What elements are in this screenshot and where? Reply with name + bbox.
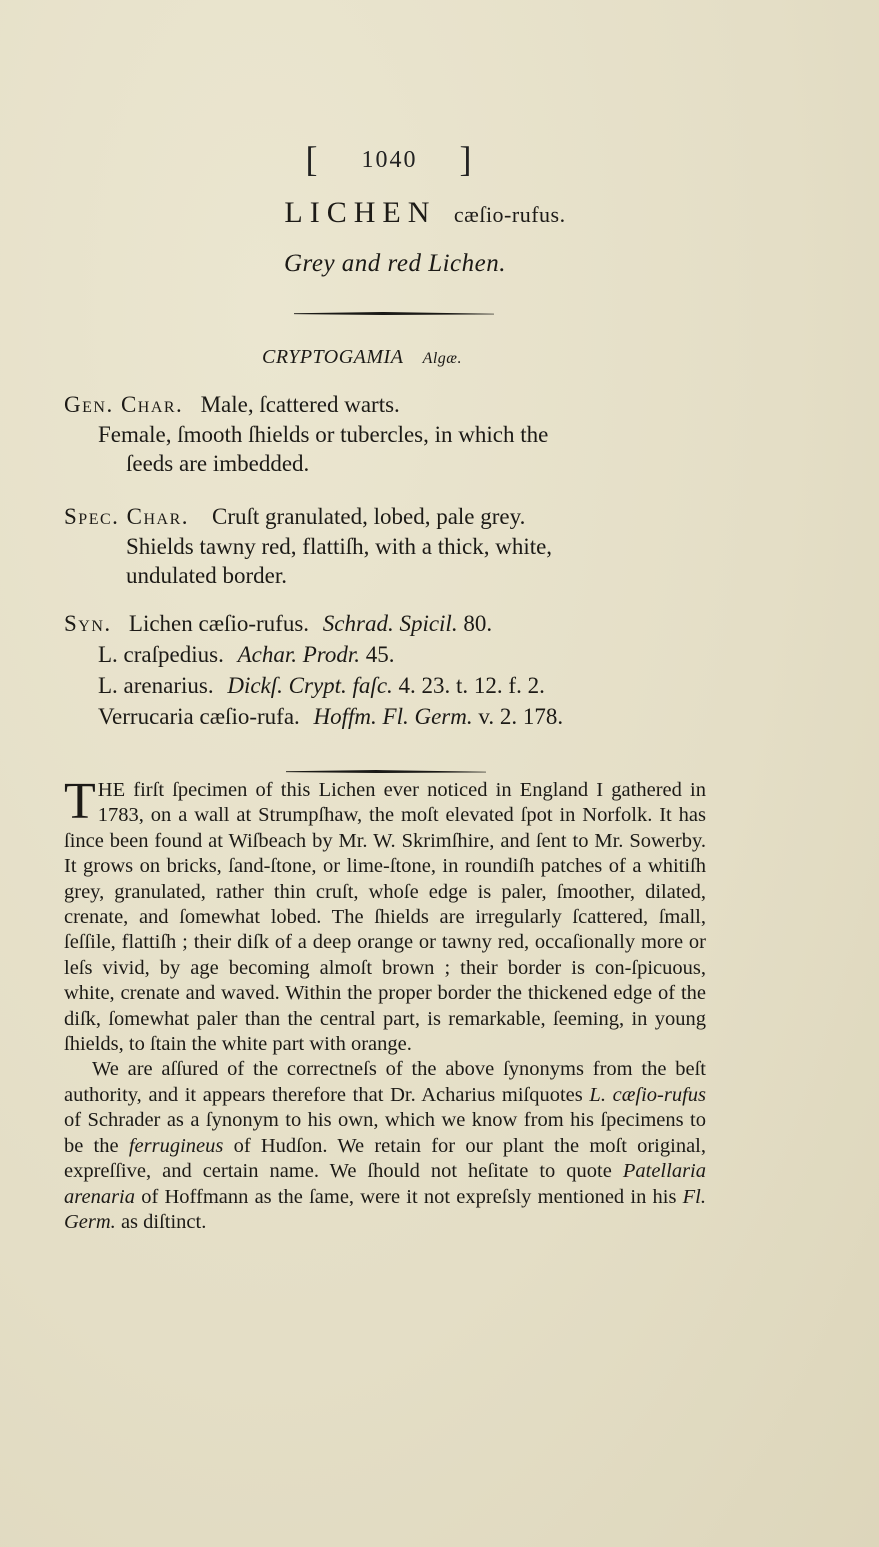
gen-char-line: ſeeds are imbedded. [64, 449, 548, 479]
gen-char-line: Female, ſmooth ſhields or tubercles, in … [64, 420, 548, 450]
bracket-close: ] [460, 139, 474, 179]
synonym-ref: Dickſ. Crypt. faſc. [227, 673, 392, 698]
specific-character: Spec. Char. Cruſt granulated, lobed, pal… [64, 502, 552, 591]
spec-char-label: Spec. Char. [64, 504, 189, 529]
synonym-name: L. craſpedius. [98, 642, 224, 667]
synonym-item: L. arenarius. Dickſ. Crypt. faſc. 4. 23.… [64, 670, 563, 701]
spec-char-line: Cruſt granulated, lobed, pale grey. [212, 504, 525, 529]
common-name: Grey and red Lichen. [0, 250, 790, 278]
synonym-loc: 4. 23. t. 12. f. 2. [399, 673, 545, 698]
synonyms: Syn. Lichen cæſio-rufus. Schrad. Spicil.… [64, 608, 563, 732]
synonym-name: Lichen cæſio-rufus. [129, 611, 309, 636]
description: THE firſt ſpecimen of this Lichen ever n… [64, 778, 706, 1235]
synonym-name: L. arenarius. [98, 673, 214, 698]
genus-name: LICHEN [284, 196, 436, 229]
synonym-item: Verrucaria cæſio-rufa. Hoffm. Fl. Germ. … [64, 701, 563, 732]
page-number: [ 1040 ] [0, 138, 779, 180]
description-paragraph: We are aſſured of the correctneſs of the… [64, 1057, 706, 1235]
section-divider [286, 770, 486, 773]
synonym-ref: Hoffm. Fl. Germ. [314, 704, 473, 729]
classification: CRYPTOGAMIA Algæ. [262, 346, 462, 369]
spec-char-line: undulated border. [64, 561, 552, 591]
gen-char-label: Gen. Char. [64, 392, 183, 417]
syn-label: Syn. [64, 611, 112, 636]
book-page: [ 1040 ] LICHEN cæſio-rufus. Grey and re… [0, 0, 879, 1547]
class-name: CRYPTOGAMIA [262, 346, 403, 368]
gen-char-line: Male, ſcattered warts. [201, 392, 400, 417]
order-name: Algæ. [423, 350, 462, 367]
paragraph-text: of Hoffmann as the ſame, were it not exp… [135, 1186, 683, 1208]
species-epithet: cæſio-rufus. [454, 202, 566, 227]
species-title: LICHEN cæſio-rufus. [0, 196, 850, 230]
synonym-name: Verrucaria cæſio-rufa. [98, 704, 300, 729]
spec-char-line: Shields tawny red, flattiſh, with a thic… [64, 532, 552, 562]
page-number-value: 1040 [362, 147, 418, 173]
drop-cap: T [64, 782, 96, 822]
paragraph-text: as diſtinct. [116, 1211, 207, 1233]
synonym-ref: Schrad. Spicil. [323, 611, 458, 636]
description-paragraph: THE firſt ſpecimen of this Lichen ever n… [64, 778, 706, 1057]
italic-name: ferrugineus [129, 1135, 224, 1157]
synonym-loc: 45. [366, 642, 395, 667]
paragraph-text: HE firſt ſpecimen of this Lichen ever no… [64, 779, 706, 1055]
generic-character: Gen. Char. Male, ſcattered warts. Female… [64, 390, 548, 479]
synonym-loc: v. 2. 178. [478, 704, 563, 729]
synonym-loc: 80. [463, 611, 492, 636]
bracket-open: [ [306, 139, 320, 179]
italic-name: L. cæſio-rufus [589, 1084, 706, 1106]
synonym-item: Syn. Lichen cæſio-rufus. Schrad. Spicil.… [64, 608, 563, 639]
synonym-item: L. craſpedius. Achar. Prodr. 45. [64, 639, 563, 670]
title-divider [294, 312, 494, 315]
synonym-ref: Achar. Prodr. [238, 642, 360, 667]
